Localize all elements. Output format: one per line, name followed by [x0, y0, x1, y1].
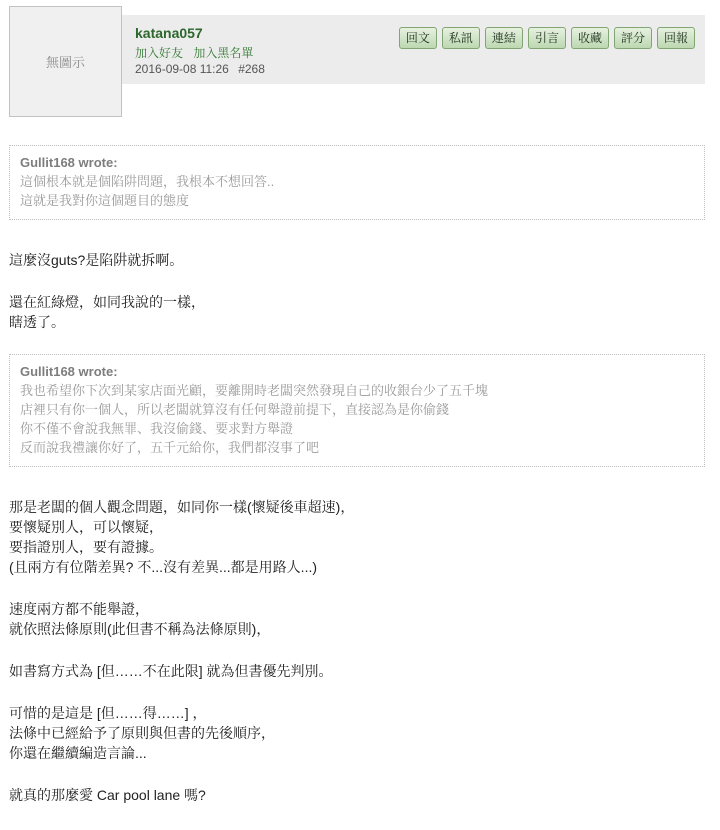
post-header: 無圖示 katana057 加入好友 加入黑名單 2016-09-08 11:2… — [9, 6, 705, 117]
body-paragraph: 這麼沒guts?是陷阱就拆啊。 — [9, 250, 705, 270]
add-friend-link[interactable]: 加入好友 — [135, 46, 183, 60]
avatar-placeholder: 無圖示 — [9, 6, 122, 117]
body-text-line: 可惜的是這是 [但……得……] ， — [9, 703, 705, 723]
forum-post-page: 無圖示 katana057 加入好友 加入黑名單 2016-09-08 11:2… — [0, 0, 720, 830]
username-link[interactable]: katana057 — [135, 25, 271, 41]
body-text-line: 這麼沒guts?是陷阱就拆啊。 — [9, 250, 705, 270]
post-header-bar: katana057 加入好友 加入黑名單 2016-09-08 11:26 #2… — [122, 15, 705, 84]
report-button[interactable]: 回報 — [657, 27, 695, 49]
quote-author: Gullit168 wrote: — [20, 153, 694, 172]
quote-text-line: 這就是我對你這個題目的態度 — [20, 191, 694, 210]
quote-button[interactable]: 引言 — [528, 27, 566, 49]
avatar-no-image-label: 無圖示 — [46, 52, 85, 71]
body-paragraph: 就真的那麼愛 Car pool lane 嗎? — [9, 785, 705, 805]
quote-author: Gullit168 wrote: — [20, 362, 694, 381]
quote-text-line: 這個根本就是個陷阱問題，我根本不想回答.. — [20, 172, 694, 191]
body-paragraph: 還在紅綠燈，如同我說的一樣， 瞎透了。 — [9, 292, 705, 332]
body-paragraph: 可惜的是這是 [但……得……] ， 法條中已經給予了原則與但書的先後順序， 你還… — [9, 703, 705, 763]
body-text-line: 瞎透了。 — [9, 312, 705, 332]
add-blacklist-link[interactable]: 加入黑名單 — [193, 46, 253, 60]
user-links: 加入好友 加入黑名單 — [135, 46, 271, 60]
body-text-line: 就真的那麼愛 Car pool lane 嗎? — [9, 785, 705, 805]
quote-text-line: 店裡只有你一個人，所以老闆就算沒有任何舉證前提下，直接認為是你偷錢 — [20, 400, 694, 419]
quote-text-line: 反而說我禮讓你好了，五千元給你，我們都沒事了吧 — [20, 438, 694, 457]
body-text-line: 速度兩方都不能舉證， — [9, 599, 705, 619]
post-body: Gullit168 wrote: 這個根本就是個陷阱問題，我根本不想回答.. 這… — [9, 145, 705, 805]
body-text-line: (且兩方有位階差異? 不...沒有差異...都是用路人...) — [9, 557, 705, 577]
body-text-line: 還在紅綠燈，如同我說的一樣， — [9, 292, 705, 312]
body-text-line: 要指證別人，要有證據。 — [9, 537, 705, 557]
body-paragraph: 如書寫方式為 [但……不在此限] 就為但書優先判別。 — [9, 661, 705, 681]
body-paragraph: 那是老闆的個人觀念問題，如同你一樣(懷疑後車超速)， 要懷疑別人，可以懷疑， 要… — [9, 497, 705, 577]
bookmark-button[interactable]: 收藏 — [571, 27, 609, 49]
private-message-button[interactable]: 私訊 — [442, 27, 480, 49]
body-text-line: 你還在繼續編造言論... — [9, 743, 705, 763]
rate-button[interactable]: 評分 — [614, 27, 652, 49]
post-number: #268 — [238, 62, 265, 76]
body-text-line: 就依照法條原則(此但書不稱為法條原則)， — [9, 619, 705, 639]
post-timestamp: 2016-09-08 11:26 — [135, 62, 229, 76]
quote-block-1: Gullit168 wrote: 這個根本就是個陷阱問題，我根本不想回答.. 這… — [9, 145, 705, 220]
body-paragraph: 速度兩方都不能舉證， 就依照法條原則(此但書不稱為法條原則)， — [9, 599, 705, 639]
link-button[interactable]: 連結 — [485, 27, 523, 49]
quote-text-line: 你不僅不會說我無罪、我沒偷錢、要求對方舉證 — [20, 419, 694, 438]
quote-text-line: 我也希望你下次到某家店面光顧，要離開時老闆突然發現自己的收銀台少了五千塊 — [20, 381, 694, 400]
body-text-line: 法條中已經給予了原則與但書的先後順序， — [9, 723, 705, 743]
user-info-block: katana057 加入好友 加入黑名單 2016-09-08 11:26 #2… — [135, 25, 271, 84]
body-text-line: 要懷疑別人，可以懷疑， — [9, 517, 705, 537]
post-action-buttons: 回文 私訊 連結 引言 收藏 評分 回報 — [399, 25, 695, 84]
reply-button[interactable]: 回文 — [399, 27, 437, 49]
quote-block-2: Gullit168 wrote: 我也希望你下次到某家店面光顧，要離開時老闆突然… — [9, 354, 705, 467]
body-text-line: 如書寫方式為 [但……不在此限] 就為但書優先判別。 — [9, 661, 705, 681]
body-text-line: 那是老闆的個人觀念問題，如同你一樣(懷疑後車超速)， — [9, 497, 705, 517]
post-meta: 2016-09-08 11:26 #268 — [135, 62, 271, 76]
